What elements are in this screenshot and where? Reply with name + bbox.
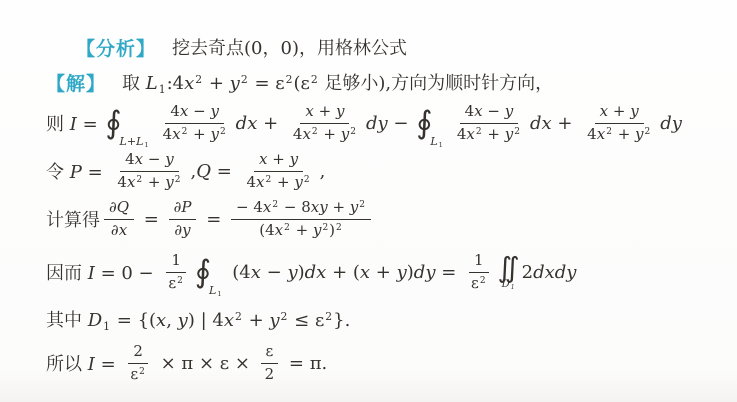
math-expression-integral-split: 则 I = ∮L+L14x − y4x2 + y2dx + x + y4x2 +… xyxy=(46,102,682,144)
solution-line-define-pq: 令 P = 4x − y4x2 + y2,Q = x + y4x2 + y2, xyxy=(46,148,723,194)
fraction: ∂P∂y xyxy=(169,198,197,240)
solution-label: 【解】 xyxy=(46,69,106,96)
solution-line-result: 所以 I = 2ε2 × π × ε × ε2 = π. xyxy=(46,338,723,388)
fraction: 4x − y4x2 + y2 xyxy=(158,102,232,144)
solution-line-setup: 【解】 取 L1:4x2 + y2 = ε2(ε2 足够小),方向为顺时针方向， xyxy=(46,66,723,98)
solution-line-integral-split: 则 I = ∮L+L14x − y4x2 + y2dx + x + y4x2 +… xyxy=(46,98,723,148)
math-expression-result: 所以 I = 2ε2 × π × ε × ε2 = π. xyxy=(46,342,327,384)
math-expression-define-pq: 令 P = 4x − y4x2 + y2,Q = x + y4x2 + y2, xyxy=(46,150,325,192)
double-integral-symbol: ∬ xyxy=(498,254,520,282)
fraction: 1ε2 xyxy=(466,251,492,293)
analysis-line: 【分析】 挖去奇点(0，0)，用格林公式 xyxy=(76,28,723,66)
contour-integral: ∮L+L1 xyxy=(105,108,151,139)
math-expression-domain: 其中 D1 = {(x, y) | 4x2 + y2 ≤ ε2}. xyxy=(46,306,350,332)
solution-line-partials: 计算得∂Q∂x = ∂P∂y = − 4x2 − 8xy + y2(4x2 + … xyxy=(46,194,723,244)
fraction: x + y4x2 + y2 xyxy=(288,102,362,144)
fraction: 2ε2 xyxy=(125,342,151,384)
contour-integral: ∮L1 xyxy=(195,257,225,288)
fraction: 4x − y4x2 + y2 xyxy=(452,102,526,144)
math-expression-partials: 计算得∂Q∂x = ∂P∂y = − 4x2 − 8xy + y2(4x2 + … xyxy=(46,198,375,240)
analysis-text: 挖去奇点(0，0)，用格林公式 xyxy=(172,34,407,60)
fraction: 1ε2 xyxy=(163,251,189,293)
fraction: x + y4x2 + y2 xyxy=(582,102,656,144)
double-integral: ∬D1 xyxy=(498,254,520,290)
fraction: − 4x2 − 8xy + y2(4x2 + y2)2 xyxy=(231,198,371,240)
solution-line-domain: 其中 D1 = {(x, y) | 4x2 + y2 ≤ ε2}. xyxy=(46,300,723,338)
fraction: x + y4x2 + y2 xyxy=(242,150,316,192)
analysis-label: 【分析】 xyxy=(76,34,156,61)
math-expression-green-formula: 因而 I = 0 − 1ε2∮L1 (4x − y)dx + (x + y)dy… xyxy=(46,251,576,293)
solution-line-green-formula: 因而 I = 0 − 1ε2∮L1 (4x − y)dx + (x + y)dy… xyxy=(46,244,723,300)
fraction: 4x − y4x2 + y2 xyxy=(112,150,186,192)
fraction: ε2 xyxy=(260,342,280,384)
solution-document: 【分析】 挖去奇点(0，0)，用格林公式 【解】 取 L1:4x2 + y2 =… xyxy=(0,0,737,402)
math-expression-setup: 取 L1:4x2 + y2 = ε2(ε2 足够小),方向为顺时针方向， xyxy=(122,69,553,95)
fraction: ∂Q∂x xyxy=(104,198,134,240)
contour-integral: ∮L1 xyxy=(416,108,446,139)
